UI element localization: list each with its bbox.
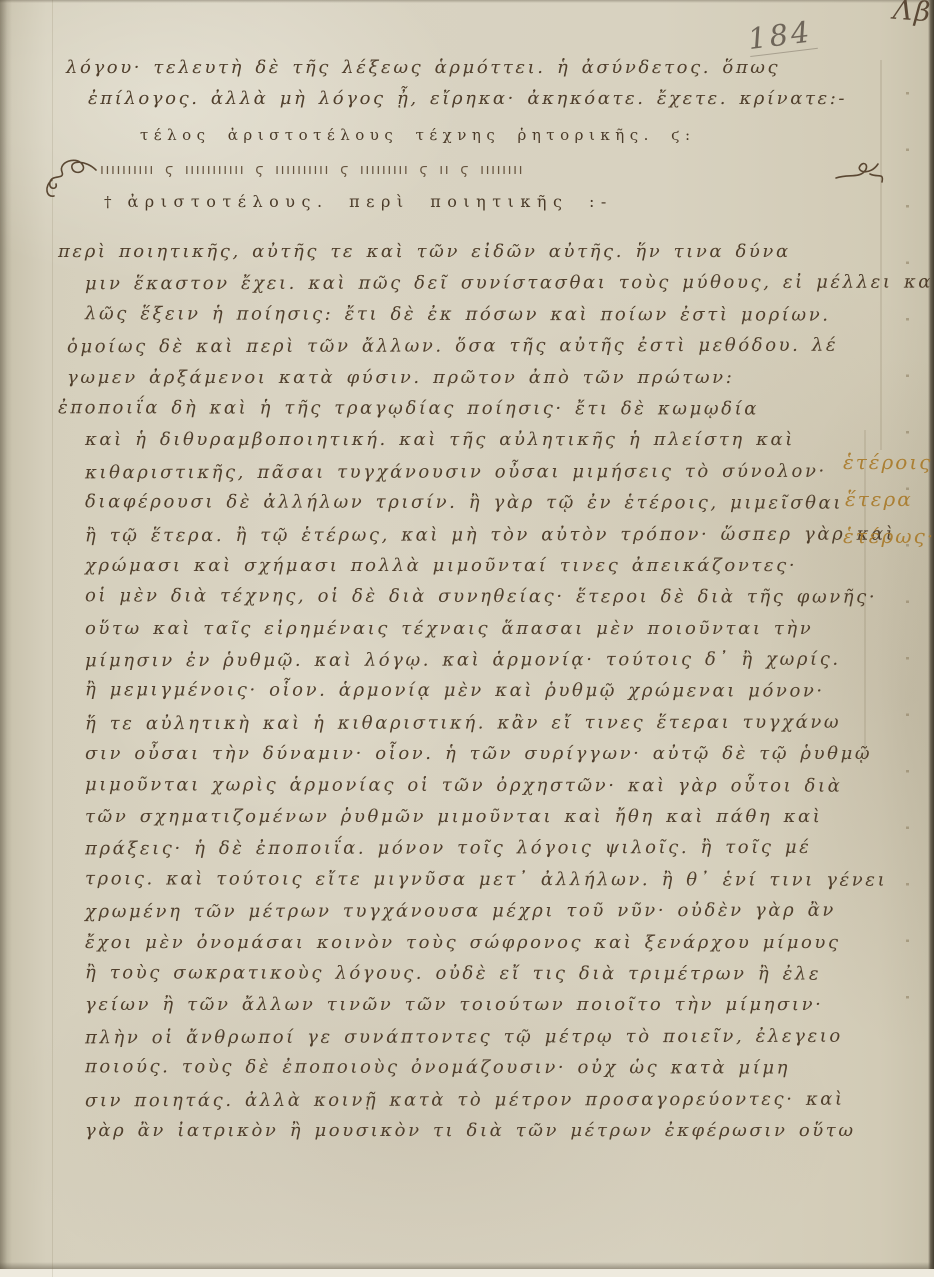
text-line: μιν ἕκαστον ἔχει. καὶ πῶς δεῖ συνίστασθα… — [85, 267, 886, 300]
text-line: οὕτω καὶ ταῖς εἰρημέναις τέχναις ἅπασαι … — [85, 613, 886, 644]
rhetoric-ending: λόγου· τελευτὴ δὲ τῆς λέξεως ἁρμόττει. ἡ… — [66, 52, 847, 115]
page-edge-bottom-sliver — [0, 1269, 934, 1277]
text-line: τροις. καὶ τούτοις εἴτε μιγνῦσα μετ᾽ ἀλλ… — [85, 863, 886, 896]
page-edge-top — [0, 0, 934, 3]
text-line: ἥ τε αὐλητικὴ καὶ ἡ κιθαριστική. κἂν εἴ … — [85, 707, 886, 740]
text-line: ὁμοίως δὲ καὶ περὶ τῶν ἄλλων. ὅσα τῆς αὐ… — [67, 330, 886, 363]
marginal-note: ἑτέροις ἕτερα ἑτέρως· — [843, 444, 934, 555]
text-line: ἢ μεμιγμένοις· οἷον. ἁρμονίᾳ μὲν καὶ ῥυθ… — [85, 675, 886, 708]
text-line: ἢ τῷ ἕτερα. ἢ τῷ ἑτέρως, καὶ μὴ τὸν αὐτὸ… — [85, 518, 886, 551]
marginal-note-line: ἕτερα — [845, 481, 934, 518]
text-line: τῶν σχηματιζομένων ῥυθμῶν μιμοῦνται καὶ … — [85, 801, 886, 832]
text-line: πράξεις· ἡ δὲ ἐποποιΐα. μόνον τοῖς λόγοι… — [85, 832, 886, 865]
text-line: γείων ἢ τῶν ἄλλων τινῶν τῶν τοιούτων ποι… — [85, 989, 886, 1020]
cross-icon: † — [104, 193, 112, 211]
page-edge-right — [928, 0, 934, 1277]
text-line: σιν οὖσαι τὴν δύναμιν· οἷον. ἡ τῶν συρίγ… — [85, 738, 886, 769]
text-line: γωμεν ἀρξάμενοι κατὰ φύσιν. πρῶτον ἀπὸ τ… — [67, 362, 886, 393]
text-line: ἔχοι μὲν ὀνομάσαι κοινὸν τοὺς σώφρονος κ… — [85, 927, 886, 958]
marginal-note-line: ἑτέρως· — [843, 518, 934, 555]
text-line: ἐποποιΐα δὴ καὶ ἡ τῆς τραγῳδίας ποίησις·… — [58, 392, 886, 425]
text-line: περὶ ποιητικῆς, αὐτῆς τε καὶ τῶν εἰδῶν α… — [58, 236, 886, 267]
quire-mark: Λβ — [892, 0, 933, 28]
ornament-band: ıııııııııı ϛ ııııııııııı ϛ ıııııııııı ϛ … — [42, 158, 892, 192]
text-line: διαφέρουσι δὲ ἀλλήλων τρισίν. ἢ γὰρ τῷ ἐ… — [85, 486, 886, 519]
text-line: οἱ μὲν διὰ τέχνης, οἱ δὲ διὰ συνηθείας· … — [85, 581, 886, 614]
text-line: καὶ ἡ διθυραμβοποιητική. καὶ τῆς αὐλητικ… — [85, 424, 886, 455]
text-line: ἢ τοὺς σωκρατικοὺς λόγους. οὐδὲ εἴ τις δ… — [85, 957, 886, 990]
ornament-pattern: ıııııııııı ϛ ııııııııııı ϛ ıııııııııı ϛ … — [100, 162, 524, 178]
text-line: πλὴν οἱ ἄνθρωποί γε συνάπτοντες τῷ μέτρῳ… — [85, 1020, 886, 1053]
ornament-right-flourish-icon — [834, 156, 886, 190]
text-line: σιν ποιητάς. ἀλλὰ κοινῇ κατὰ τὸ μέτρον π… — [85, 1083, 886, 1116]
text-line: κιθαριστικῆς, πᾶσαι τυγχάνουσιν οὖσαι μι… — [85, 455, 886, 488]
text-line: ποιούς. τοὺς δὲ ἐποποιοὺς ὀνομάζουσιν· ο… — [85, 1051, 886, 1084]
text-line: μίμησιν ἐν ῥυθμῷ. καὶ λόγῳ. καὶ ἁρμονίᾳ·… — [85, 644, 886, 677]
page-edge-left — [0, 0, 12, 1277]
text-line: γὰρ ἂν ἰατρικὸν ἢ μουσικὸν τι διὰ τῶν μέ… — [85, 1115, 886, 1146]
ornament-left-flourish-icon — [42, 156, 102, 202]
rhetoric-ending-line: λόγου· τελευτὴ δὲ τῆς λέξεως ἁρμόττει. ἡ… — [66, 52, 847, 83]
folio-number: 184 — [746, 14, 818, 57]
text-line: μιμοῦνται χωρὶς ἁρμονίας οἱ τῶν ὀρχηστῶν… — [85, 769, 886, 802]
text-line: χρωμένη τῶν μέτρων τυγχάνουσα μέχρι τοῦ … — [85, 895, 886, 928]
poetics-heading: †ἀριστοτέλους. περὶ ποιητικῆς :- — [104, 192, 613, 211]
text-line: λῶς ἕξειν ἡ ποίησις: ἔτι δὲ ἐκ πόσων καὶ… — [85, 298, 886, 331]
marginal-note-line: ἑτέροις — [843, 444, 934, 481]
poetics-body: περὶ ποιητικῆς, αὐτῆς τε καὶ τῶν εἰδῶν α… — [58, 236, 886, 1146]
rhetoric-colophon: τέλος ἀριστοτέλους τέχνης ῥητορικῆς. ϛ: — [140, 126, 696, 144]
manuscript-page: Λβ 184 λόγου· τελευτὴ δὲ τῆς λέξεως ἁρμό… — [0, 0, 934, 1277]
rhetoric-ending-line: ἐπίλογος. ἀλλὰ μὴ λόγος ᾖ, εἴρηκα· ἀκηκό… — [88, 83, 847, 114]
text-line: χρώμασι καὶ σχήμασι πολλὰ μιμοῦνταί τινε… — [85, 550, 886, 581]
poetics-heading-text: ἀριστοτέλους. περὶ ποιητικῆς :- — [128, 192, 613, 211]
